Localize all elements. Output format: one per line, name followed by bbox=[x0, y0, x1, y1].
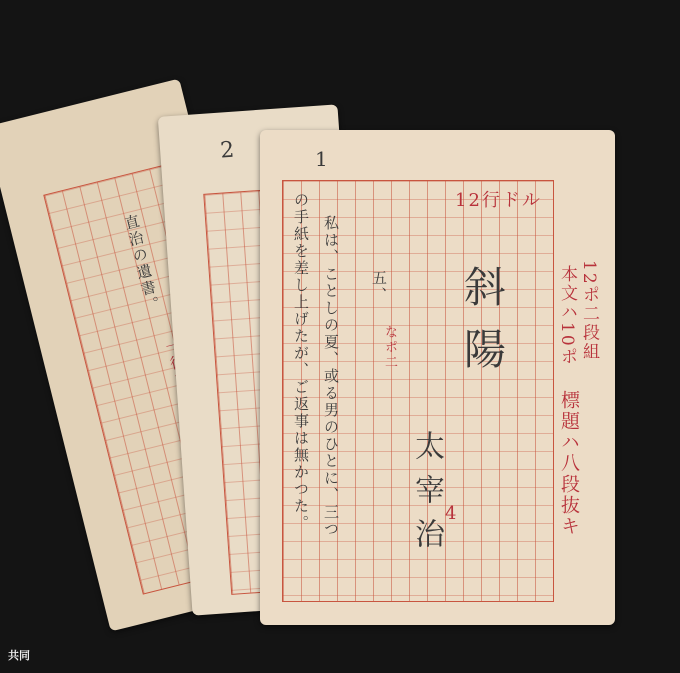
editor-annotation: 4 bbox=[445, 505, 458, 523]
title: 斜陽 bbox=[460, 265, 504, 389]
chapter-number: 五、 bbox=[370, 270, 388, 304]
editor-annotation: 標題ハ八段抜キ bbox=[560, 390, 578, 537]
editor-annotation: なポ二 bbox=[380, 325, 398, 370]
editor-annotation: 12ポ二段組 bbox=[580, 260, 598, 362]
page-number: 1 bbox=[315, 150, 330, 168]
page-number: 2 bbox=[220, 142, 237, 161]
manuscript-line: の手紙を差し上げたが、ご返事は無かつた。 bbox=[292, 192, 310, 532]
author: 太宰治 bbox=[410, 430, 442, 562]
front-page: 1 私は、ことしの夏、或る男のひとに、三つ の手紙を差し上げたが、ご返事は無かつ… bbox=[260, 130, 615, 625]
photo-credit: 共同 bbox=[8, 647, 30, 663]
editor-annotation: 12行ドル bbox=[455, 192, 542, 210]
editor-annotation: 本文ハ10ポ bbox=[558, 265, 576, 367]
manuscript-line: 私は、ことしの夏、或る男のひとに、三つ bbox=[322, 215, 340, 538]
